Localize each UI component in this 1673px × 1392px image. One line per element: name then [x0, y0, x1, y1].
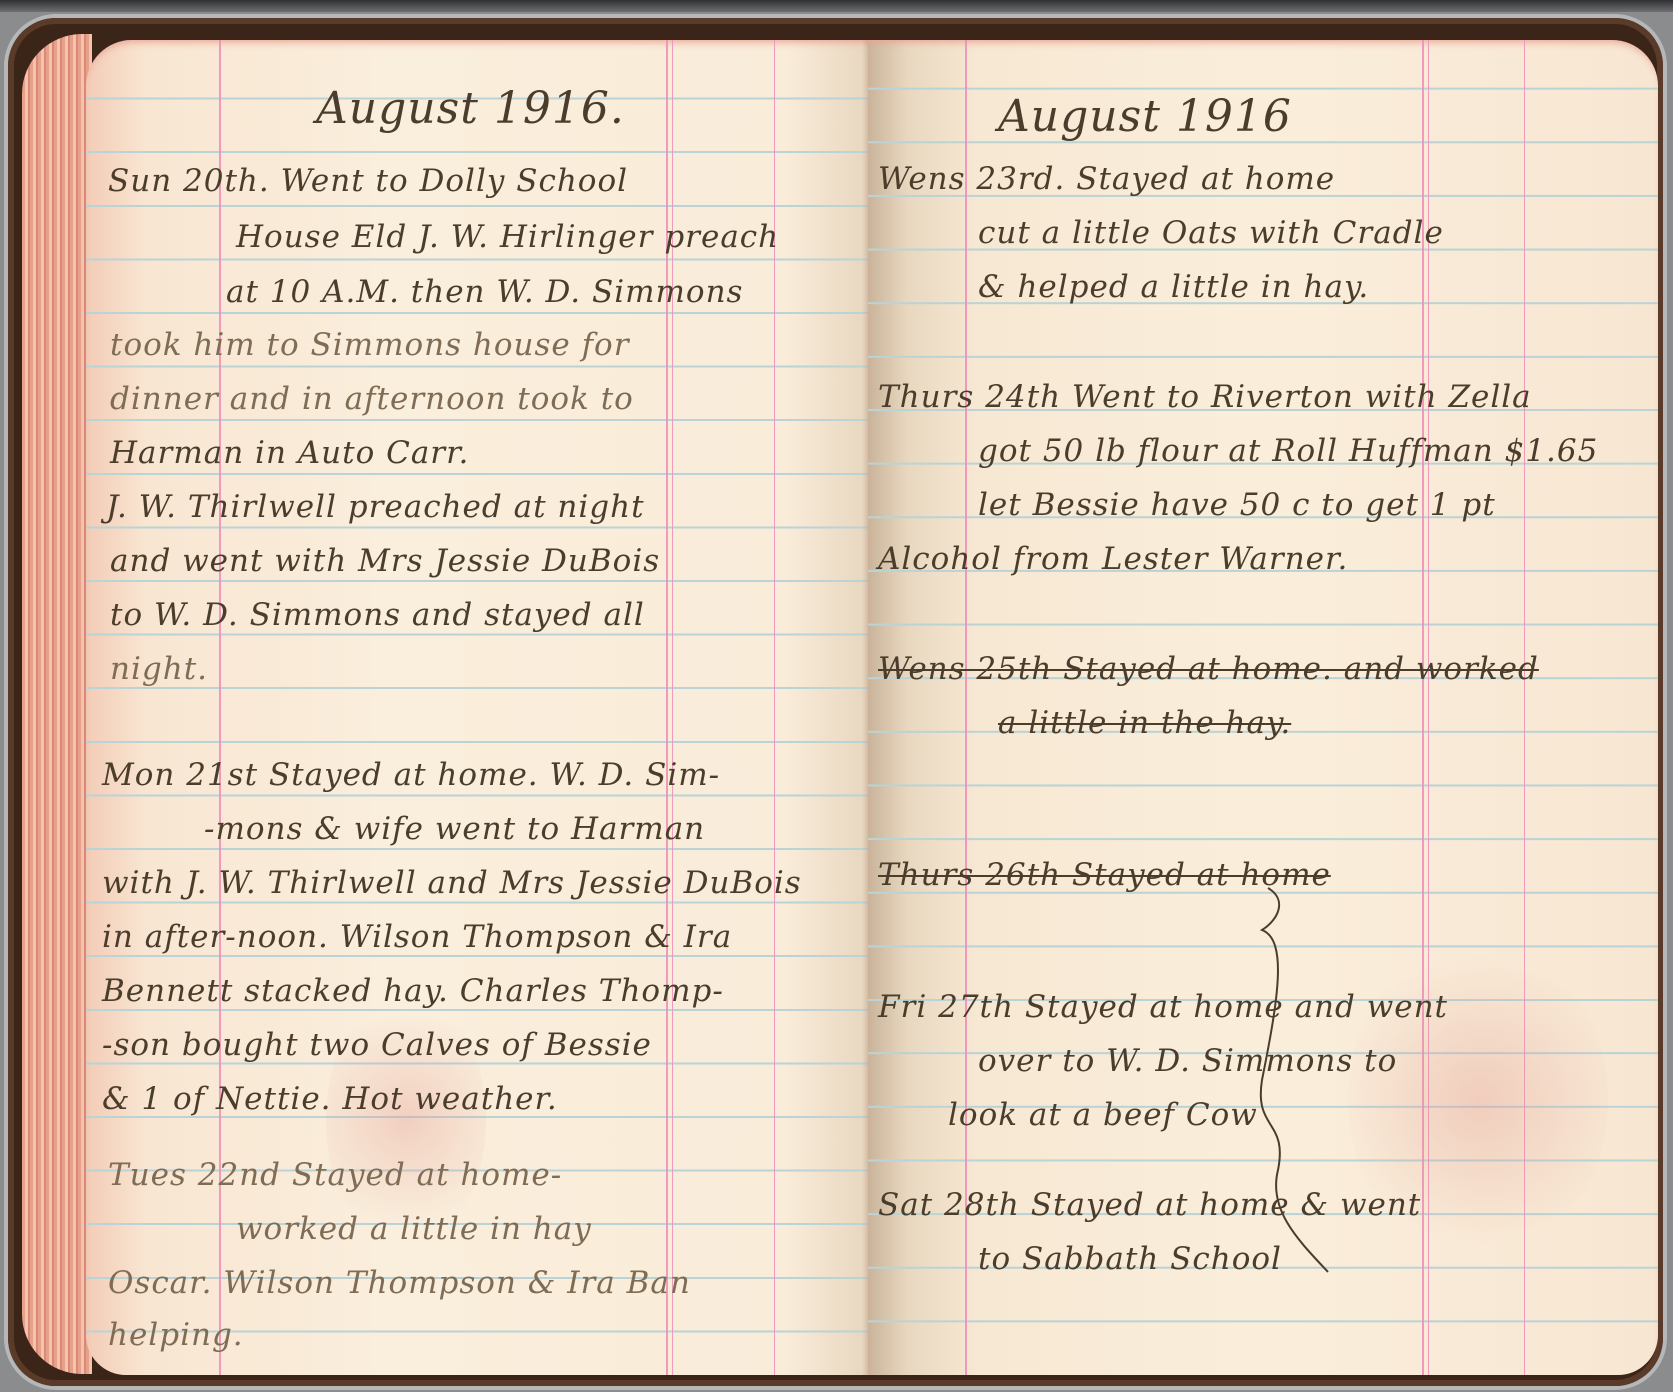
struck-entry-line: Thurs 26th Stayed at home: [878, 858, 1331, 892]
entry-line: -mons & wife went to Harman: [204, 812, 705, 846]
page-edges: [22, 34, 92, 1374]
entry-line: & helped a little in hay.: [978, 270, 1369, 304]
entry-line: Harman in Auto Carr.: [110, 436, 469, 470]
entry-line: took him to Simmons house for: [110, 328, 630, 362]
entry-line: House Eld J. W. Hirlinger preach: [236, 220, 779, 254]
entry-line: in after-noon. Wilson Thompson & Ira: [102, 920, 732, 954]
entry-line: to W. D. Simmons and stayed all: [110, 598, 645, 632]
entry-line: to Sabbath School: [978, 1242, 1282, 1276]
entry-line: Alcohol from Lester Warner.: [878, 542, 1348, 576]
scan-top-edge: [0, 0, 1673, 12]
entry-line: got 50 lb flour at Roll Huffman $1.65: [978, 434, 1598, 468]
entry-line: let Bessie have 50 c to get 1 pt: [978, 488, 1496, 522]
entry-line: worked a little in hay: [236, 1212, 592, 1246]
entry-line: at 10 A.M. then W. D. Simmons: [226, 275, 743, 309]
struck-entry-line: a little in the hay.: [998, 706, 1291, 740]
entry-line: over to W. D. Simmons to: [978, 1044, 1397, 1078]
entry-line: Sat 28th Stayed at home & went: [878, 1188, 1421, 1222]
entry-line: look at a beef Cow: [948, 1098, 1258, 1132]
page-heading: August 1916: [998, 100, 1292, 134]
entry-line: J. W. Thirlwell preached at night: [106, 490, 645, 524]
right-page: August 1916 Wens 23rd. Stayed at home cu…: [868, 40, 1658, 1375]
left-page: August 1916. Sun 20th. Went to Dolly Sch…: [86, 40, 868, 1375]
entry-line: with J. W. Thirlwell and Mrs Jessie DuBo…: [102, 866, 802, 900]
entry-line: night.: [110, 652, 208, 686]
entry-line: Bennett stacked hay. Charles Thomp-: [102, 974, 724, 1008]
entry-line: Sun 20th. Went to Dolly School: [108, 164, 628, 198]
margin-line: [965, 40, 967, 1375]
entry-line: -son bought two Calves of Bessie: [102, 1028, 652, 1062]
entry-line: Tues 22nd Stayed at home-: [108, 1158, 562, 1192]
entry-line: helping.: [108, 1318, 244, 1352]
page-heading: August 1916.: [316, 92, 625, 126]
struck-entry-line: Wens 25th Stayed at home. and worked: [878, 652, 1539, 686]
entry-line: Fri 27th Stayed at home and went: [878, 990, 1448, 1024]
entry-line: & 1 of Nettie. Hot weather.: [102, 1082, 558, 1116]
entry-line: Oscar. Wilson Thompson & Ira Ban: [108, 1266, 691, 1300]
entry-line: Mon 21st Stayed at home. W. D. Sim-: [102, 758, 720, 792]
entry-line: Thurs 24th Went to Riverton with Zella: [878, 380, 1532, 414]
entry-line: dinner and in afternoon took to: [110, 382, 634, 416]
entry-line: and went with Mrs Jessie DuBois: [110, 544, 660, 578]
entry-line: Wens 23rd. Stayed at home: [878, 162, 1335, 196]
entry-line: cut a little Oats with Cradle: [978, 216, 1444, 250]
